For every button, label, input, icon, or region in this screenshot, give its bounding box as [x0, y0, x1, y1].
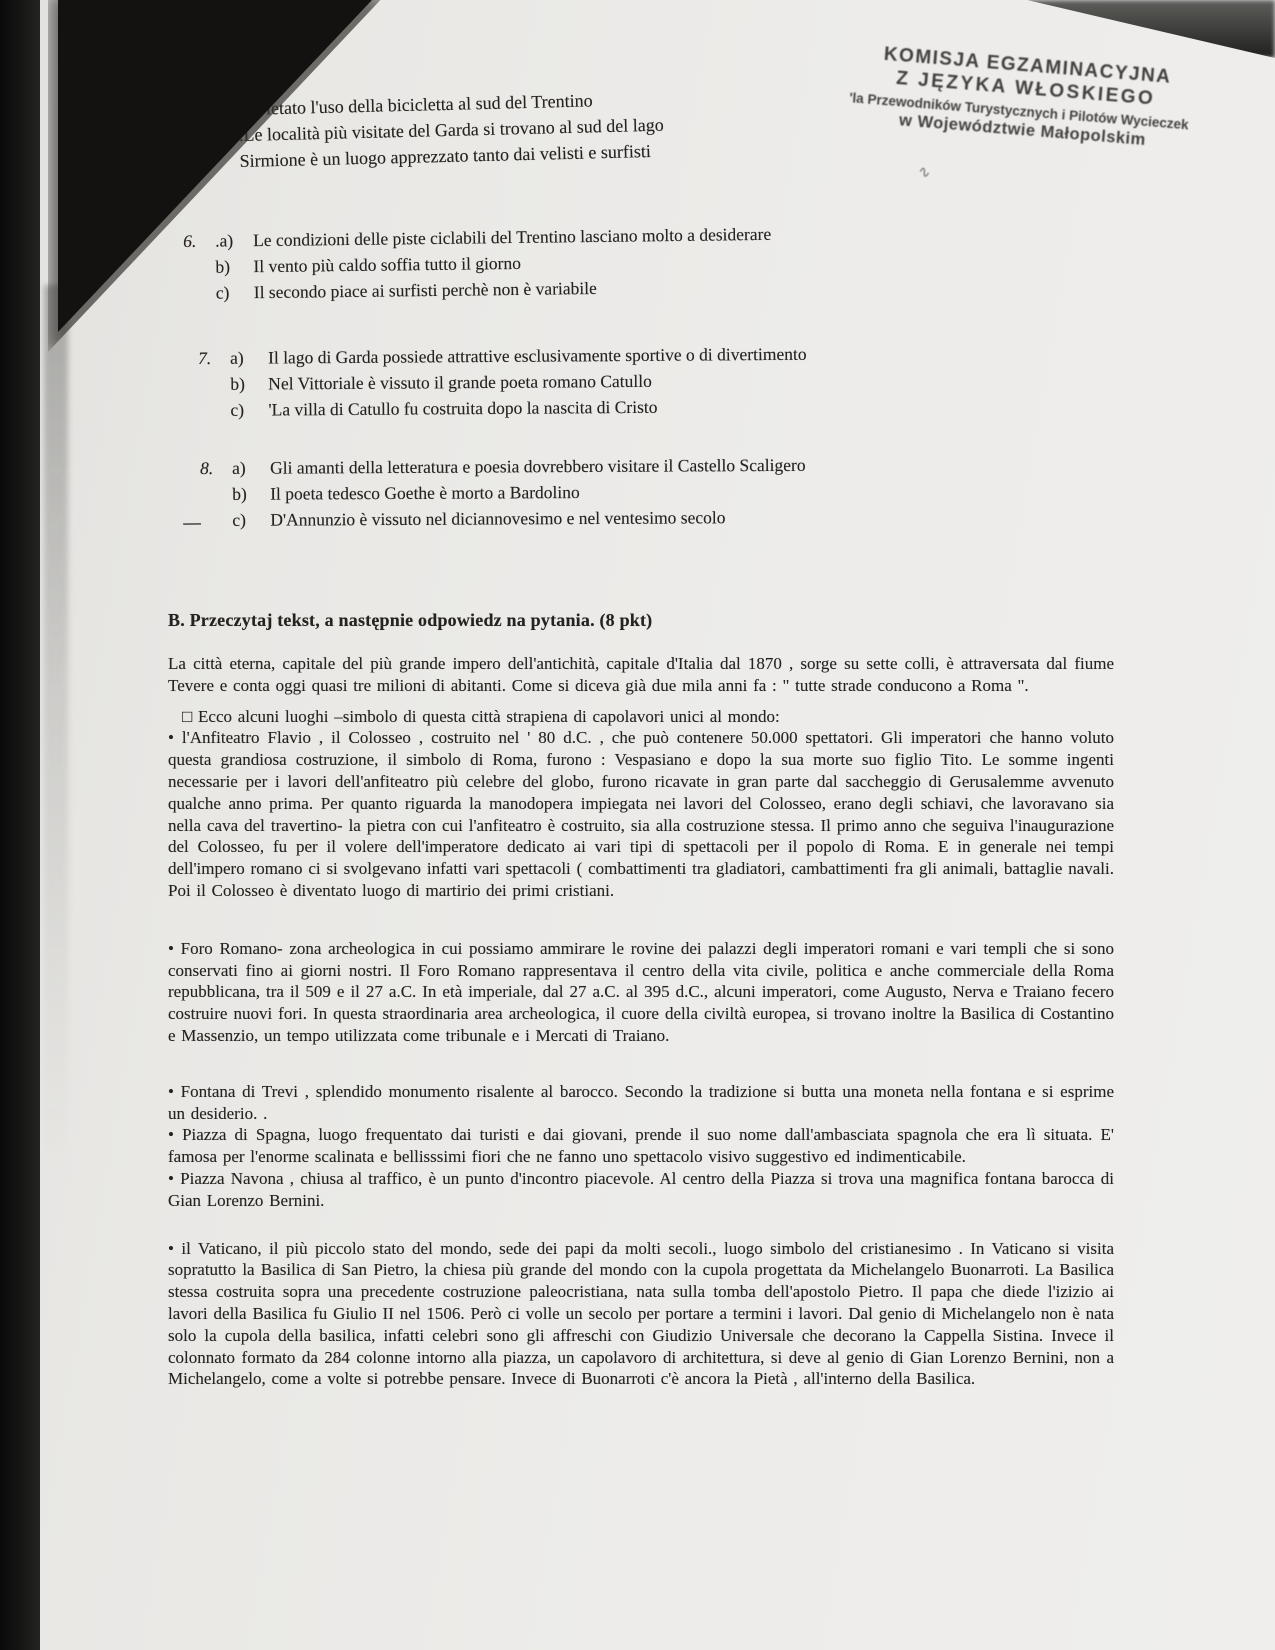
option-text: Il vento più caldo soffia tutto il giorn… — [253, 250, 521, 279]
option-label: c) — [232, 507, 270, 533]
option-text: Il secondo piace ai surfisti perchè non … — [254, 275, 597, 305]
scanned-exam-page: KOMISJA EGZAMINACYJNA Z JĘZYKA WŁOSKIEGO… — [0, 0, 1275, 1650]
reading-text: La città eterna, capitale del più grande… — [168, 653, 1114, 1390]
question-number: 8. — [200, 455, 232, 481]
examination-commission-stamp: KOMISJA EGZAMINACYJNA Z JĘZYKA WŁOSKIEGO… — [855, 42, 1195, 154]
article-paragraph-vaticano: • il Vaticano, il più piccolo stato del … — [168, 1238, 1114, 1391]
pencil-margin-mark: — — [183, 509, 200, 535]
option-text: D'Annunzio è vissuto nel diciannovesimo … — [270, 504, 725, 532]
question-6: 6. .a) Le condizioni delle piste ciclabi… — [183, 221, 772, 306]
option-text: 'La villa di Catullo fu costruita dopo l… — [268, 394, 657, 423]
question-7: 7. a) Il lago di Garda possiede attratti… — [198, 341, 807, 423]
article-paragraph: □ Ecco alcuni luoghi –simbolo di questa … — [168, 706, 1114, 728]
article-paragraph: La città eterna, capitale del più grande… — [168, 653, 1114, 697]
option-label: a) — [230, 345, 268, 371]
scan-edge-band — [0, 0, 40, 1650]
ink-squiggle-mark: ∿ — [915, 162, 933, 184]
option-label: b) — [215, 253, 253, 279]
article-paragraph-foro-romano: • Foro Romano- zona archeologica in cui … — [168, 938, 1114, 1047]
question-number: 7. — [198, 345, 230, 371]
section-b-heading: B. Przeczytaj tekst, a następnie odpowie… — [168, 610, 652, 631]
option-row: 7. a) Il lago di Garda possiede attratti… — [198, 341, 807, 371]
option-text: Nel Vittoriale è vissuto il grande poeta… — [268, 368, 652, 397]
option-row: c) 'La villa di Catullo fu costruita dop… — [198, 393, 807, 423]
article-paragraph-colosseo: • l'Anfiteatro Flavio , il Colosseo , co… — [168, 727, 1114, 901]
option-label: b) — [230, 371, 268, 397]
option-row: 8. a) Gli amanti della letteratura e poe… — [200, 452, 806, 481]
option-label: c) — [230, 397, 268, 423]
article-paragraph-piazza-navona: • Piazza Navona , chiusa al traffico, è … — [168, 1168, 1114, 1212]
scan-edge-shadow — [44, 285, 68, 1165]
option-text: Il poeta tedesco Goethe è morto a Bardol… — [270, 479, 580, 507]
option-row: c) D'Annunzio è vissuto nel diciannovesi… — [200, 504, 806, 533]
question-number: 6. — [183, 228, 215, 254]
article-paragraph-fontana-di-trevi: • Fontana di Trevi , splendido monumento… — [168, 1081, 1114, 1125]
option-label: a) — [232, 455, 270, 481]
option-row: b) Il poeta tedesco Goethe è morto a Bar… — [200, 478, 806, 507]
option-label: c) — [216, 279, 254, 305]
option-label: .a) — [215, 227, 253, 253]
question-8: — 8. a) Gli amanti della letteratura e p… — [200, 452, 806, 533]
option-text: Gli amanti della letteratura e poesia do… — [270, 452, 806, 481]
option-text: Il lago di Garda possiede attrattive esc… — [268, 341, 807, 371]
article-paragraph-piazza-di-spagna: • Piazza di Spagna, luogo frequentato da… — [168, 1124, 1114, 1168]
option-label: b) — [232, 481, 270, 507]
scan-corner-smudge — [1027, 0, 1275, 58]
